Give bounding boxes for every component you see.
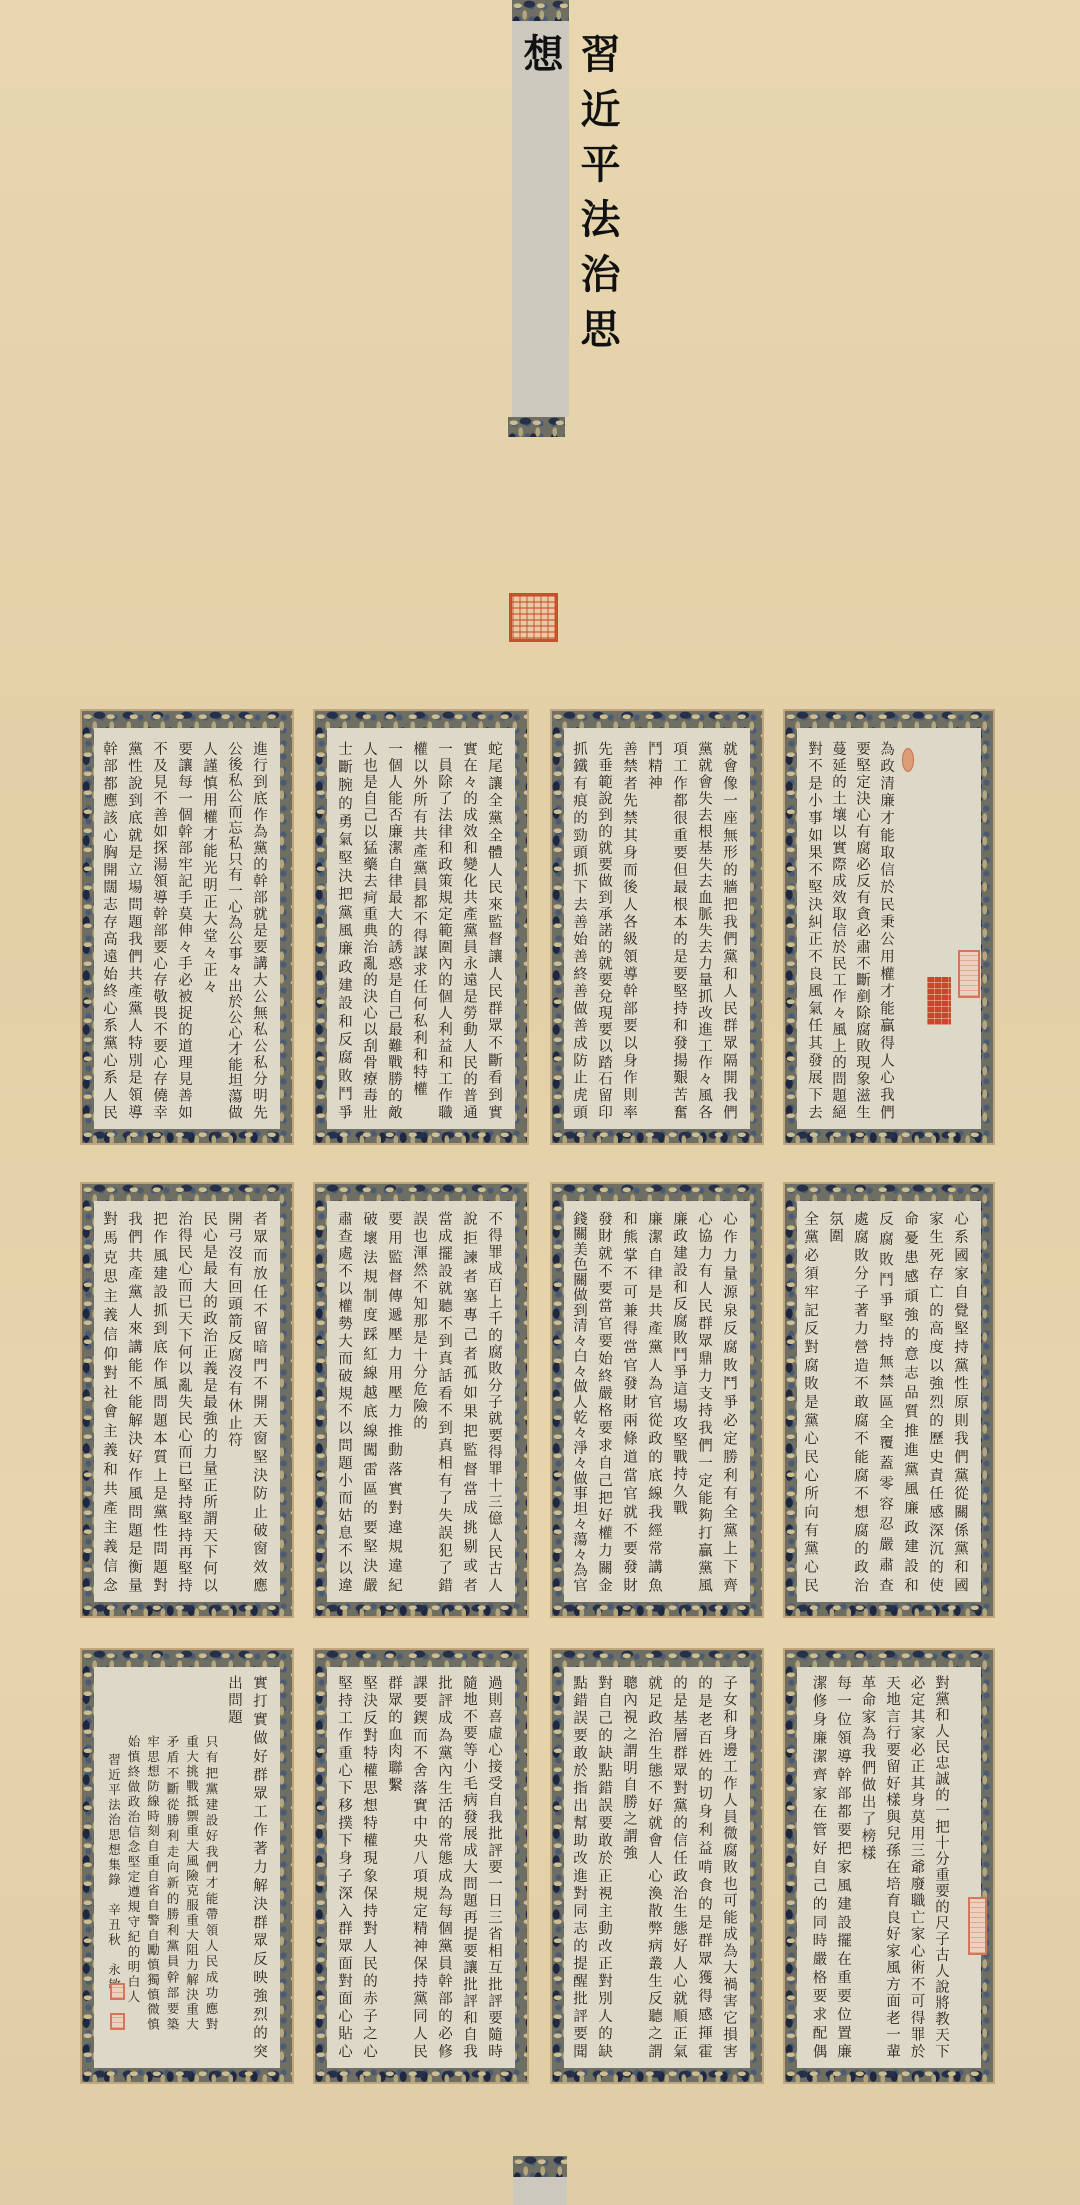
panel-text: 心系國家自覺堅持黨性原則我們黨從關係黨和國 家生死存亡的高度以強烈的歷史責任感深… (797, 1201, 981, 1602)
text-column: 對自己的缺點錯誤要敢於正視主動改正對別人的缺 (591, 1675, 616, 2058)
panel-text: 不得罪成百上千的腐敗分子就要得罪十三億人民古人 說拒諫者塞專己者孤如果把監督當成… (327, 1201, 515, 1602)
panel-paper: 實打實做好群眾工作著力解決群眾反映強烈的突 出問題 只有把黨建設好我們才能帶領人… (94, 1667, 280, 2068)
panel-text: 進行到底作為黨的幹部就是要講大公無私公私分明先 公後私公而忘私只有一心為公事々出… (94, 728, 280, 1129)
text-column: 蛇尾讓全黨全體人民來監督讓人民群眾不斷看到實 (481, 741, 506, 1119)
text-column: 的是基層群眾對黨的信任政治生態好人心就順正氣 (666, 1675, 691, 2058)
calligraphy-panel-9: 對黨和人民忠誠的一把十分重要的尺子古人說將教天下 必定其家必正其身莫用三爺廢職亡… (783, 1648, 995, 2084)
text-column: 士斷腕的勇氣堅決把黨風廉政建設和反腐敗鬥爭 (331, 741, 356, 1119)
text-column: 要用監督傳遞壓力用壓力推動落實對違規違紀 (381, 1211, 406, 1592)
text-column: 鬥精神 (641, 741, 666, 1119)
text-column: 堅持工作重心下移撲下身子深入群眾面對面心貼心 (331, 1675, 356, 2058)
text-column: 不得罪成百上千的腐敗分子就要得罪十三億人民古人 (481, 1211, 506, 1592)
seal-stamp-icon (927, 977, 951, 1025)
text-column: 者眾而放任不留暗門不開天窗堅決防止破窗效應 (246, 1211, 271, 1592)
panel-paper: 者眾而放任不留暗門不開天窗堅決防止破窗效應 開弓沒有回頭箭反腐沒有休止符 民心是… (94, 1201, 280, 1602)
text-column: 說拒諫者塞專己者孤如果把監督當成挑剔或者 (456, 1211, 481, 1592)
calligraphy-panel-2: 就會像一座無形的牆把我們黨和人民群眾隔開我們 黨就會失去根基失去血脈失去力量抓改… (550, 709, 764, 1145)
calligraphy-panel-1: 為政清廉才能取信於民秉公用權才能贏得人心我們 要堅定決心有腐必反有貪必肅不斷剷除… (783, 709, 995, 1145)
panel-paper: 子女和身邊工作人員微腐敗也可能成為大禍害它損害 的是老百姓的切身利益啃食的是群眾… (564, 1667, 750, 2068)
title-label: 習近平法治思想 (512, 21, 569, 417)
calligraphy-panel-12: 實打實做好群眾工作著力解決群眾反映強烈的突 出問題 只有把黨建設好我們才能帶領人… (80, 1648, 294, 2084)
panel-paper: 為政清廉才能取信於民秉公用權才能贏得人心我們 要堅定決心有腐必反有貪必肅不斷剷除… (797, 728, 981, 1129)
panel-text: 對黨和人民忠誠的一把十分重要的尺子古人說將教天下 必定其家必正其身莫用三爺廢職亡… (797, 1667, 981, 2068)
panel-text: 實打實做好群眾工作著力解決群眾反映強烈的突 出問題 只有把黨建設好我們才能帶領人… (94, 1667, 280, 2068)
text-column: 人謹慎用權才能光明正大堂々正々 (196, 741, 221, 1119)
text-column: 要讓每一個幹部牢記手莫伸々手必被捉的道理見善如 (171, 741, 196, 1119)
text-column: 反腐敗鬥爭堅持無禁區全覆蓋零容忍嚴肅查 (872, 1211, 897, 1592)
text-column: 出問題 (221, 1675, 246, 2058)
text-column: 的是老百姓的切身利益啃食的是群眾獲得感揮霍 (691, 1675, 716, 2058)
panel-paper: 對黨和人民忠誠的一把十分重要的尺子古人說將教天下 必定其家必正其身莫用三爺廢職亡… (797, 1667, 981, 2068)
text-column: 蔓延的土壤以實際成效取信於民工作々風上的問題絕 (826, 741, 850, 1119)
text-column: 對馬克思主義信仰對社會主義和共產主義信念 (96, 1211, 121, 1592)
text-column: 牢思想防線時刻自重自省自警自勵慎獨慎微慎 (143, 1675, 163, 2058)
seal-stamp-icon (968, 1897, 987, 1955)
text-column: 我們共產黨人來講能不能解決好作風問題是衡量 (121, 1211, 146, 1592)
text-column: 誤也渾然不知那是十分危險的 (406, 1211, 431, 1592)
oval-seal-icon (902, 748, 914, 772)
text-column: 心系國家自覺堅持黨性原則我們黨從關係黨和國 (947, 1211, 972, 1592)
calligraphy-panel-10: 子女和身邊工作人員微腐敗也可能成為大禍害它損害 的是老百姓的切身利益啃食的是群眾… (550, 1648, 764, 2084)
panel-text: 過則喜虛心接受自我批評要一日三省相互批評要隨時 隨地不要等小毛病發展成大問題再提… (327, 1667, 515, 2068)
text-column: 要堅定決心有腐必反有貪必肅不斷剷除腐敗現象滋生 (850, 741, 874, 1119)
text-column: 實在々的成效和變化共產黨員永遠是勞動人民的普通 (456, 741, 481, 1119)
seal-stamp-icon (509, 593, 558, 642)
text-column: 和熊掌不可兼得當官發財兩條道當官就不要發財 (616, 1211, 641, 1592)
text-column: 氛圍 (822, 1211, 847, 1592)
mount-paper (513, 2177, 567, 2205)
panel-paper: 不得罪成百上千的腐敗分子就要得罪十三億人民古人 說拒諫者塞專己者孤如果把監督當成… (327, 1201, 515, 1602)
text-column: 開弓沒有回頭箭反腐沒有休止符 (221, 1211, 246, 1592)
text-column: 進行到底作為黨的幹部就是要講大公無私公私分明先 (246, 741, 271, 1119)
panel-text: 就會像一座無形的牆把我們黨和人民群眾隔開我們 黨就會失去根基失去血脈失去力量抓改… (564, 728, 750, 1129)
text-column: 一員除了法律和政策規定範圍內的個人利益和工作職 (431, 741, 456, 1119)
text-column: 堅決反對特權思想特權現象保持對人民的赤子之心 (356, 1675, 381, 2058)
text-column: 課要鍥而不舍落實中央八項規定精神保持黨同人民 (406, 1675, 431, 2058)
text-column: 聰內視之謂明自勝之謂強 (616, 1675, 641, 2058)
text-column: 民心是最大的政治正義是最強的力量正所謂天下何以 (196, 1211, 221, 1592)
artist-seal-icon (110, 1983, 125, 2000)
text-column: 潔修身廉潔齊家在管好自己的同時嚴格要求配偶 (806, 1675, 831, 2058)
calligraphy-panel-6: 心作力量源泉反腐敗鬥爭必定勝利有全黨上下齊 心協力有人民群眾鼎力支持我們一定能夠… (550, 1182, 764, 1618)
text-column: 始慎終做政治信念堅定遵規守紀的明白人 (124, 1675, 144, 2058)
brocade-cap-bottom (508, 417, 565, 437)
text-column: 家生死存亡的高度以強烈的歷史責任感深沉的使 (922, 1211, 947, 1592)
text-column: 對黨和人民忠誠的一把十分重要的尺子古人說將教天下 (929, 1675, 954, 2058)
signature-inscription: 習近平法治思想集錄 辛丑秋 永敏 (104, 1675, 124, 2058)
brocade-cap (513, 2156, 567, 2177)
panel-text: 為政清廉才能取信於民秉公用權才能贏得人心我們 要堅定決心有腐必反有貪必肅不斷剷除… (797, 728, 981, 1129)
calligraphy-panel-7: 不得罪成百上千的腐敗分子就要得罪十三億人民古人 說拒諫者塞專己者孤如果把監督當成… (313, 1182, 529, 1618)
text-column: 不及見不善如探湯領導幹部要心存敬畏不要心存僥幸 (146, 741, 171, 1119)
panel-paper: 蛇尾讓全黨全體人民來監督讓人民群眾不斷看到實 實在々的成效和變化共產黨員永遠是勞… (327, 728, 515, 1129)
text-column: 命憂患感頑強的意志品質推進黨風廉政建設和 (897, 1211, 922, 1592)
panel-text: 蛇尾讓全黨全體人民來監督讓人民群眾不斷看到實 實在々的成效和變化共產黨員永遠是勞… (327, 728, 515, 1129)
panel-paper: 就會像一座無形的牆把我們黨和人民群眾隔開我們 黨就會失去根基失去血脈失去力量抓改… (564, 728, 750, 1129)
text-column: 抓鐵有痕的勁頭抓下去善始善終善做善成防止虎頭 (566, 741, 591, 1119)
text-column: 幹部都應該心胸開闊志存高遠始終心系黨心系人民 (96, 741, 121, 1119)
text-column: 善禁者先禁其身而後人各級領導幹部要以身作則率 (616, 741, 641, 1119)
text-column: 一個人能否廉潔自律最大的誘惑是自己最難戰勝的敵 (381, 741, 406, 1119)
text-column: 對不是小事如果不堅決糾正不良風氣任其發展下去 (802, 741, 826, 1119)
text-column: 肅查處不以權勢大而破規不以問題小而姑息不以違 (331, 1211, 356, 1592)
panel-text: 者眾而放任不留暗門不開天窗堅決防止破窗效應 開弓沒有回頭箭反腐沒有休止符 民心是… (94, 1201, 280, 1602)
text-column: 實打實做好群眾工作著力解決群眾反映強烈的突 (246, 1675, 271, 2058)
text-column: 處腐敗分子著力營造不敢腐不能腐不想腐的政治 (847, 1211, 872, 1592)
page-title: 習近平法治思想 (512, 21, 626, 405)
text-column: 每一位領導幹部都要把家風建設擺在重要位置廉 (831, 1675, 856, 2058)
text-column: 批評成為黨內生活的常態成為每個黨員幹部的必修 (431, 1675, 456, 2058)
text-column: 治得民心而已天下何以亂失民心而已堅持堅持再堅持 (171, 1211, 196, 1592)
title-strip: 習近平法治思想 (512, 0, 569, 437)
text-column: 為政清廉才能取信於民秉公用權才能贏得人心我們 (874, 741, 898, 1119)
seal-stamp-icon (958, 950, 980, 998)
text-column: 就足政治生態不好就會人心渙散弊病叢生反聽之謂 (641, 1675, 666, 2058)
calligraphy-panel-11: 過則喜虛心接受自我批評要一日三省相互批評要隨時 隨地不要等小毛病發展成大問題再提… (313, 1648, 529, 2084)
artist-seal-icon (110, 2013, 125, 2030)
text-column: 當成擺設就聽不到真話看不到真相有了失誤犯了錯 (431, 1211, 456, 1592)
text-column: 人也是自己以猛藥去疴重典治亂的決心以刮骨療毒壯 (356, 741, 381, 1119)
calligraphy-panel-4: 進行到底作為黨的幹部就是要講大公無私公私分明先 公後私公而忘私只有一心為公事々出… (80, 709, 294, 1145)
bottom-mount-piece (513, 2156, 567, 2205)
text-column: 天地言行要留好樣與兒孫在培育良好家風方面老一輩 (880, 1675, 905, 2058)
text-column: 只有把黨建設好我們才能帶領人民成功應對 (202, 1675, 222, 2058)
text-column: 把作風建設抓到底作風問題本質上是黨性問題對 (146, 1211, 171, 1592)
text-column: 就會像一座無形的牆把我們黨和人民群眾隔開我們 (716, 741, 741, 1119)
text-column: 矛盾不斷從勝利走向新的勝利黨員幹部要築 (163, 1675, 183, 2058)
brocade-cap-top (512, 0, 569, 21)
text-column: 革命家為我們做出了榜樣 (855, 1675, 880, 2058)
text-column: 心作力量源泉反腐敗鬥爭必定勝利有全黨上下齊 (716, 1211, 741, 1592)
text-column: 黨性說到底就是立場問題我們共產黨人特別是領導 (121, 741, 146, 1119)
text-column: 全黨必須牢記反對腐敗是黨心民心所向有黨心民 (797, 1211, 822, 1592)
text-column: 心協力有人民群眾鼎力支持我們一定能夠打贏黨風 (691, 1211, 716, 1592)
text-column: 必定其家必正其身莫用三爺廢職亡家心術不可得罪於 (904, 1675, 929, 2058)
text-column: 點錯誤要敢於指出幫助改進對同志的提醒批評要聞 (566, 1675, 591, 2058)
calligraphy-panel-8: 者眾而放任不留暗門不開天窗堅決防止破窗效應 開弓沒有回頭箭反腐沒有休止符 民心是… (80, 1182, 294, 1618)
text-column: 項工作都很重要但最根本的是要堅持和發揚艱苦奮 (666, 741, 691, 1119)
text-column: 廉政建設和反腐敗鬥爭這場攻堅戰持久戰 (666, 1211, 691, 1592)
text-column: 子女和身邊工作人員微腐敗也可能成為大禍害它損害 (716, 1675, 741, 2058)
text-column: 公後私公而忘私只有一心為公事々出於公心才能坦蕩做 (221, 741, 246, 1119)
text-column: 群眾的血肉聯繫 (381, 1675, 406, 2058)
calligraphy-panel-5: 心系國家自覺堅持黨性原則我們黨從關係黨和國 家生死存亡的高度以強烈的歷史責任感深… (783, 1182, 995, 1618)
text-column: 發財就不要當官要始終嚴格要求自己把好權力關金 (591, 1211, 616, 1592)
panel-text: 子女和身邊工作人員微腐敗也可能成為大禍害它損害 的是老百姓的切身利益啃食的是群眾… (564, 1667, 750, 2068)
calligraphy-panel-3: 蛇尾讓全黨全體人民來監督讓人民群眾不斷看到實 實在々的成效和變化共產黨員永遠是勞… (313, 709, 529, 1145)
text-column: 隨地不要等小毛病發展成大問題再提要讓批評和自我 (456, 1675, 481, 2058)
panel-paper: 過則喜虛心接受自我批評要一日三省相互批評要隨時 隨地不要等小毛病發展成大問題再提… (327, 1667, 515, 2068)
text-column: 破壞法規制度踩紅線越底線闖雷區的要堅決嚴 (356, 1211, 381, 1592)
text-column: 權以外所有共產黨員都不得謀求任何私利和特權 (406, 741, 431, 1119)
text-column: 黨就會失去根基失去血脈失去力量抓改進工作々風各 (691, 741, 716, 1119)
panel-paper: 進行到底作為黨的幹部就是要講大公無私公私分明先 公後私公而忘私只有一心為公事々出… (94, 728, 280, 1129)
text-column: 廉潔自律是共產黨人為官從政的底線我經常講魚 (641, 1211, 666, 1592)
panel-text: 心作力量源泉反腐敗鬥爭必定勝利有全黨上下齊 心協力有人民群眾鼎力支持我們一定能夠… (564, 1201, 750, 1602)
text-column: 錢關美色關做到清々白々做人乾々淨々做事坦々蕩々為官 (566, 1211, 591, 1592)
text-column: 先垂範說到的就要做到承諾的就要兌現要以踏石留印 (591, 741, 616, 1119)
text-column: 過則喜虛心接受自我批評要一日三省相互批評要隨時 (481, 1675, 506, 2058)
panel-paper: 心作力量源泉反腐敗鬥爭必定勝利有全黨上下齊 心協力有人民群眾鼎力支持我們一定能夠… (564, 1201, 750, 1602)
panel-paper: 心系國家自覺堅持黨性原則我們黨從關係黨和國 家生死存亡的高度以強烈的歷史責任感深… (797, 1201, 981, 1602)
text-column: 重大挑戰抵禦重大風險克服重大阻力解決重大 (182, 1675, 202, 2058)
